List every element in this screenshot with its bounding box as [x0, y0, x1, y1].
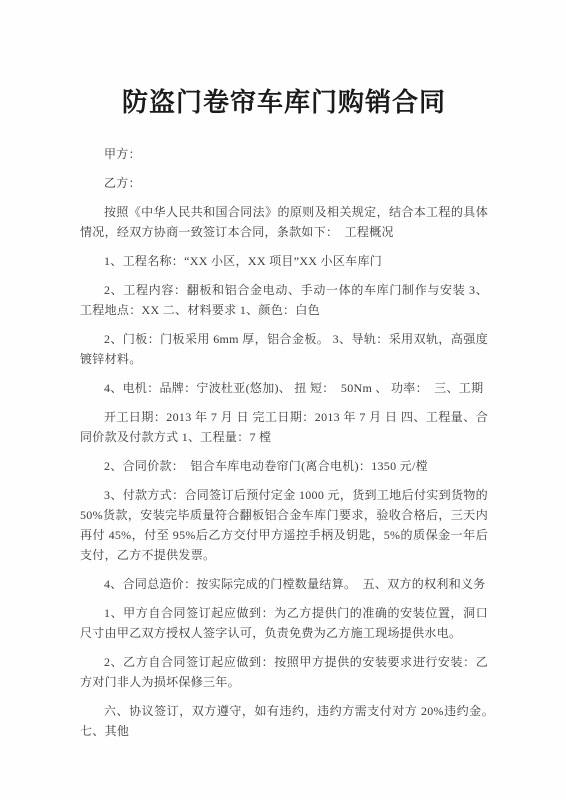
schedule-paragraph: 开工日期：2013 年 7 月 日 完工日期：2013 年 7 月 日 四、工程…	[80, 407, 488, 447]
party-b-line: 乙方：	[80, 173, 488, 193]
party-b-obligations-paragraph: 2、乙方自合同签订起应做到：按照甲方提供的安装要求进行安装：乙方对门非人为损坏保…	[80, 652, 488, 692]
breach-clause-paragraph: 六、协议签订，双方遵守，如有违约，违约方需支付对方 20%违约金。 七、其他	[80, 701, 488, 741]
payment-terms-paragraph: 3、付款方式：合同签订后预付定金 1000 元，货到工地后付实到货物的 50%货…	[80, 485, 488, 565]
motor-paragraph: 4、电机：品牌：宁波杜亚(悠加)、 扭 短： 50Nm 、 功率： 三、工期	[80, 378, 488, 398]
contract-page: 防盗门卷帘车库门购销合同 甲方： 乙方： 按照《中华人民共和国合同法》的原则及相…	[0, 0, 566, 800]
party-a-line: 甲方：	[80, 144, 488, 164]
contract-price-paragraph: 2、合同价款： 铝合车库电动卷帘门(离合电机)：1350 元/樘	[80, 456, 488, 476]
document-body: 甲方： 乙方： 按照《中华人民共和国合同法》的原则及相关规定，结合本工程的具体情…	[80, 144, 488, 741]
door-panel-paragraph: 2、门板：门板采用 6mm 厚，铝合金板。 3、导轨：采用双轨，高强度镀锌材料。	[80, 329, 488, 369]
total-price-paragraph: 4、合同总造价：按实际完成的门樘数量结算。 五、双方的权利和义务	[80, 574, 488, 594]
project-name-paragraph: 1、工程名称：“XX 小区，XX 项目”XX 小区车库门	[80, 251, 488, 271]
document-title: 防盗门卷帘车库门购销合同	[80, 86, 488, 120]
project-content-paragraph: 2、工程内容：翻板和铝合金电动、手动一体的车库门制作与安装 3、工程地点：XX …	[80, 280, 488, 320]
preamble-paragraph: 按照《中华人民共和国合同法》的原则及相关规定，结合本工程的具体情况，经双方协商一…	[80, 202, 488, 242]
party-a-obligations-paragraph: 1、甲方自合同签订起应做到：为乙方提供门的准确的安装位置，洞口尺寸由甲乙双方授权…	[80, 603, 488, 643]
